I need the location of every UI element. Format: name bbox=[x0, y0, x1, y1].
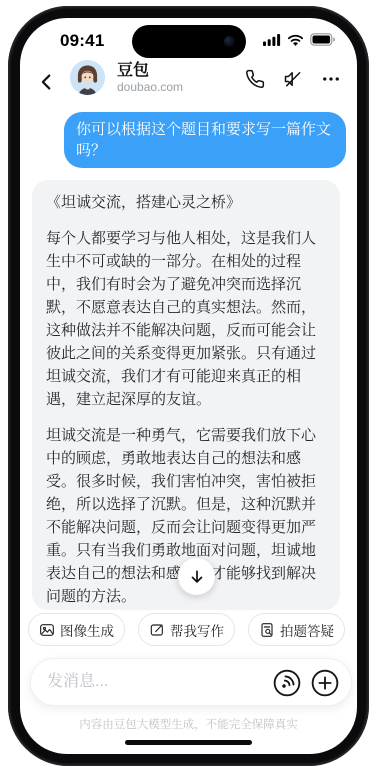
chip-image-generation[interactable]: 图像生成 bbox=[28, 613, 125, 646]
home-indicator bbox=[125, 740, 252, 745]
dynamic-island bbox=[132, 25, 246, 58]
wifi-icon bbox=[287, 34, 304, 46]
chat-area: 你可以根据这个题目和要求写一篇作文吗？ 《坦诚交流，搭建心灵之桥》 每个人都要学… bbox=[20, 106, 357, 612]
voice-input-button[interactable] bbox=[273, 669, 301, 697]
more-ellipsis-icon bbox=[321, 69, 341, 89]
image-icon bbox=[39, 622, 55, 638]
message-input[interactable] bbox=[47, 659, 277, 705]
front-camera-icon bbox=[224, 36, 235, 47]
chevron-left-icon bbox=[36, 71, 58, 93]
chip-photo-qa[interactable]: 拍题答疑 bbox=[248, 613, 345, 646]
chat-header: 豆包 doubao.com bbox=[20, 56, 357, 106]
scroll-down-icon bbox=[188, 568, 206, 586]
compose-icon bbox=[149, 622, 165, 638]
status-time: 09:41 bbox=[60, 31, 104, 51]
phone-frame: 09:41 bbox=[8, 6, 369, 766]
back-button[interactable] bbox=[34, 69, 60, 95]
more-button[interactable] bbox=[320, 68, 341, 89]
essay-title: 《坦诚交流，搭建心灵之桥》 bbox=[46, 191, 326, 214]
header-actions bbox=[244, 68, 341, 89]
status-icons bbox=[263, 33, 336, 46]
battery-icon bbox=[310, 33, 336, 46]
chip-help-me-write[interactable]: 帮我写作 bbox=[138, 613, 235, 646]
user-message-bubble: 你可以根据这个题目和要求写一篇作文吗？ bbox=[64, 112, 346, 168]
screenshot-stage: 09:41 bbox=[0, 0, 377, 772]
plus-icon bbox=[311, 669, 339, 697]
quick-actions-row: 图像生成 帮我写作 拍题答疑 bbox=[28, 613, 357, 646]
call-button[interactable] bbox=[244, 68, 265, 89]
attach-button[interactable] bbox=[311, 669, 339, 697]
ai-disclaimer: 内容由豆包大模型生成，不能完全保障真实 bbox=[20, 716, 357, 732]
message-composer bbox=[30, 658, 352, 706]
cellular-signal-icon bbox=[263, 34, 281, 46]
doc-search-icon bbox=[259, 622, 275, 638]
chip-label: 帮我写作 bbox=[170, 620, 224, 640]
scroll-to-bottom-button[interactable] bbox=[178, 558, 215, 595]
chip-label: 图像生成 bbox=[60, 620, 114, 640]
bot-profile[interactable]: 豆包 doubao.com bbox=[70, 60, 183, 95]
assistant-message-bubble: 《坦诚交流，搭建心灵之桥》 每个人都要学习与他人相处，这是我们人生中不可或缺的一… bbox=[32, 180, 340, 610]
chip-label: 拍题答疑 bbox=[280, 620, 334, 640]
voice-wave-icon bbox=[273, 669, 301, 697]
phone-screen: 09:41 bbox=[20, 18, 357, 754]
bot-domain: doubao.com bbox=[117, 80, 183, 95]
bot-identity: 豆包 doubao.com bbox=[117, 61, 183, 95]
avatar bbox=[70, 60, 105, 95]
speaker-muted-icon bbox=[283, 69, 303, 89]
essay-paragraph: 每个人都要学习与他人相处，这是我们人生中不可或缺的一部分。在相处的过程中，我们有… bbox=[46, 227, 326, 411]
mute-button[interactable] bbox=[282, 68, 303, 89]
bot-name: 豆包 bbox=[117, 61, 183, 80]
